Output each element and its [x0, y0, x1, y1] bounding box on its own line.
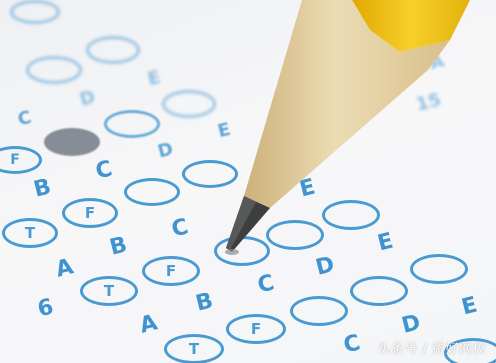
- watermark-text: 头条号 / 微好网校: [377, 338, 486, 357]
- answer-sheet-photo: FFTFTTFEDCEDCBECBA6EDCBAEDCA15 头条号 / 微好网…: [0, 0, 496, 363]
- pencil-icon: [0, 0, 496, 363]
